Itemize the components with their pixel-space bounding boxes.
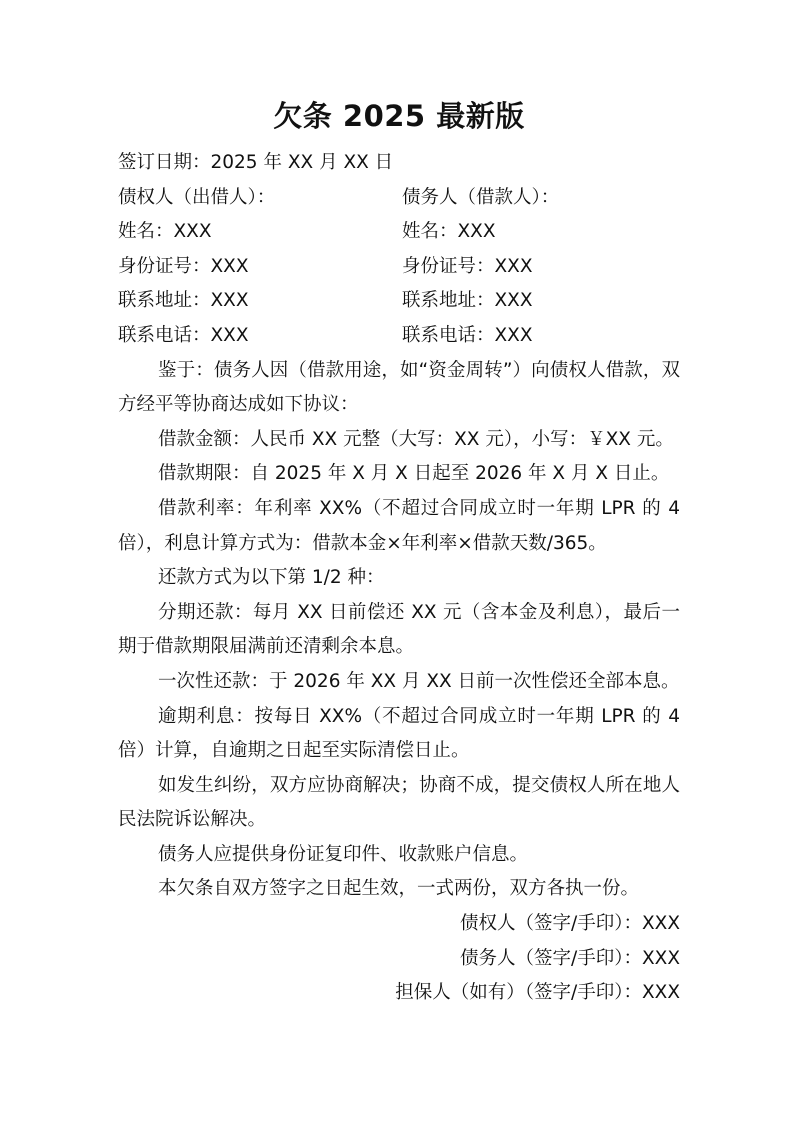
creditor-phone: 联系电话：XXX — [118, 319, 402, 354]
party-name-row: 姓名：XXX 姓名：XXX — [118, 215, 680, 250]
party-address-row: 联系地址：XXX 联系地址：XXX — [118, 284, 680, 319]
sign-date: 签订日期：2025 年 XX 月 XX 日 — [118, 146, 680, 181]
debtor-address: 联系地址：XXX — [402, 284, 680, 319]
clause-installment: 分期还款：每月 XX 日前偿还 XX 元（含本金及利息），最后一期于借款期限届满… — [118, 596, 680, 665]
party-phone-row: 联系电话：XXX 联系电话：XXX — [118, 319, 680, 354]
clause-overdue: 逾期利息：按每日 XX%（不超过合同成立时一年期 LPR 的 4 倍）计算，自逾… — [118, 700, 680, 769]
debtor-name: 姓名：XXX — [402, 215, 680, 250]
creditor-heading: 债权人（出借人）： — [118, 181, 402, 216]
clause-lump-sum: 一次性还款：于 2026 年 XX 月 XX 日前一次性偿还全部本息。 — [118, 665, 680, 700]
debtor-heading: 债务人（借款人）： — [402, 181, 680, 216]
clause-dispute: 如发生纠纷，双方应协商解决；协商不成，提交债权人所在地人民法院诉讼解决。 — [118, 769, 680, 838]
clause-term: 借款期限：自 2025 年 X 月 X 日起至 2026 年 X 月 X 日止。 — [118, 457, 680, 492]
signature-creditor: 债权人（签字/手印）：XXX — [118, 907, 680, 942]
signature-guarantor: 担保人（如有）（签字/手印）：XXX — [118, 976, 680, 1011]
clause-interest: 借款利率：年利率 XX%（不超过合同成立时一年期 LPR 的 4 倍），利息计算… — [118, 492, 680, 561]
debtor-id-number: 身份证号：XXX — [402, 250, 680, 285]
debtor-phone: 联系电话：XXX — [402, 319, 680, 354]
creditor-address: 联系地址：XXX — [118, 284, 402, 319]
signature-debtor: 债务人（签字/手印）：XXX — [118, 942, 680, 977]
clause-documents: 债务人应提供身份证复印件、收款账户信息。 — [118, 838, 680, 873]
party-id-row: 身份证号：XXX 身份证号：XXX — [118, 250, 680, 285]
party-headings-row: 债权人（出借人）： 债务人（借款人）： — [118, 181, 680, 216]
creditor-name: 姓名：XXX — [118, 215, 402, 250]
clause-whereas: 鉴于：债务人因（借款用途，如“资金周转”）向债权人借款，双方经平等协商达成如下协… — [118, 354, 680, 423]
clause-repayment-method: 还款方式为以下第 1/2 种： — [118, 561, 680, 596]
document-body: 签订日期：2025 年 XX 月 XX 日 债权人（出借人）： 债务人（借款人）… — [118, 146, 680, 1011]
clause-amount: 借款金额：人民币 XX 元整（大写：XX 元），小写：￥XX 元。 — [118, 423, 680, 458]
document-title: 欠条 2025 最新版 — [118, 96, 680, 136]
creditor-id-number: 身份证号：XXX — [118, 250, 402, 285]
clause-effective: 本欠条自双方签字之日起生效，一式两份，双方各执一份。 — [118, 872, 680, 907]
